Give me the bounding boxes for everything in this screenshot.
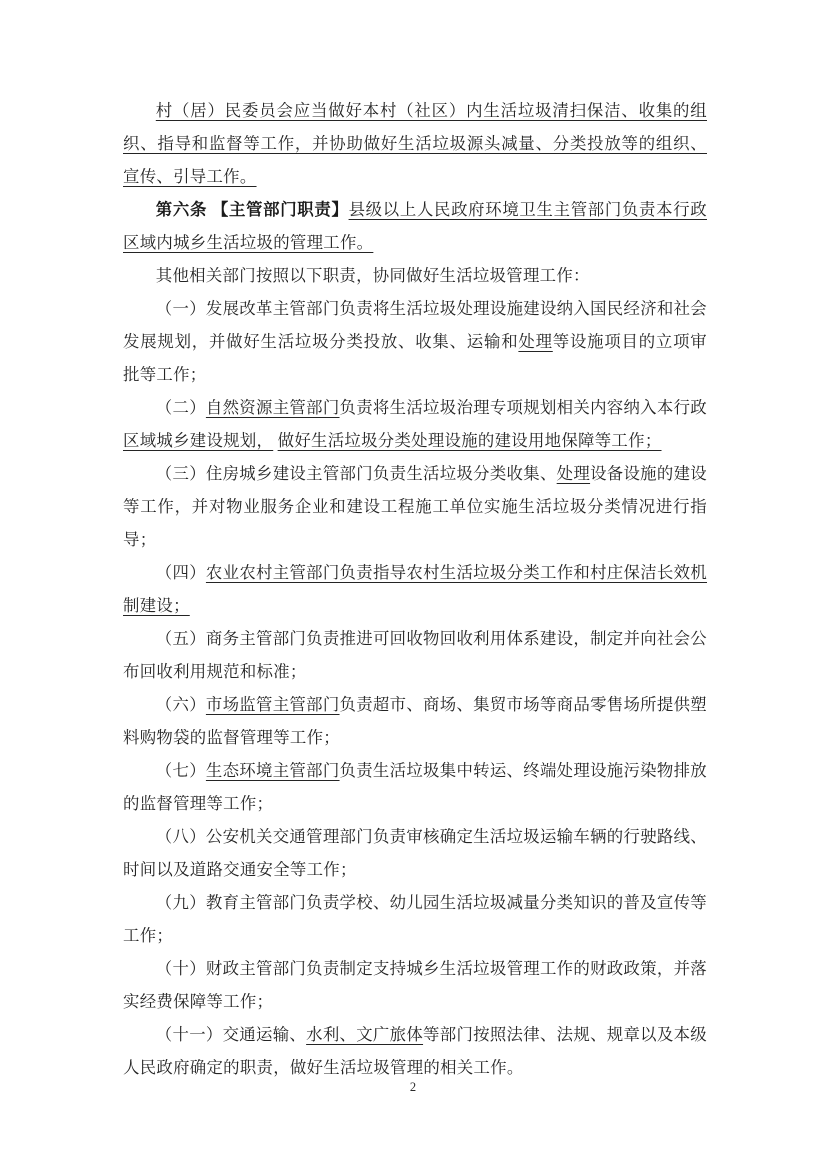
- text-run: （十一）交通运输、: [156, 1025, 306, 1044]
- text-run: （五）商务主管部门负责推进可回收物回收利用体系建设，制定并向社会公布回收利用规范…: [123, 629, 707, 681]
- paragraph: （九）教育主管部门负责学校、幼儿园生活垃圾减量分类知识的普及宣传等工作；: [123, 886, 707, 952]
- text-run: 水利、文广旅体: [306, 1025, 423, 1044]
- text-run: （九）教育主管部门负责学校、幼儿园生活垃圾减量分类知识的普及宣传等工作；: [123, 893, 707, 945]
- paragraph: （六）市场监管主管部门负责超市、商场、集贸市场等商品零售场所提供塑料购物袋的监督…: [123, 688, 707, 754]
- text-run: 农业农村主管部门负责指导农村生活垃圾分类工作和村庄保洁长效机制建设；: [123, 563, 707, 615]
- text-run: （八）公安机关交通管理部门负责审核确定生活垃圾运输车辆的行驶路线、时间以及道路交…: [123, 827, 707, 879]
- text-run: 其他相关部门按照以下职责，协同做好生活垃圾管理工作：: [156, 266, 590, 285]
- text-run: 做好生活垃圾分类处理设施的建设用地保障等工作；: [278, 431, 662, 450]
- text-run: 市场监管主管部门: [206, 695, 340, 714]
- text-run: 第六条 【主管部门职责】: [156, 200, 349, 219]
- paragraph: （五）商务主管部门负责推进可回收物回收利用体系建设，制定并向社会公布回收利用规范…: [123, 622, 707, 688]
- text-run: 自然资源主管部门: [206, 398, 340, 417]
- paragraph: （十）财政主管部门负责制定支持城乡生活垃圾管理工作的财政政策，并落实经费保障等工…: [123, 952, 707, 1018]
- document-body: 村（居）民委员会应当做好本村（社区）内生活垃圾清扫保洁、收集的组织、指导和监督等…: [123, 94, 707, 1084]
- paragraph: （四）农业农村主管部门负责指导农村生活垃圾分类工作和村庄保洁长效机制建设；: [123, 556, 707, 622]
- text-run: 生态环境主管部门: [206, 761, 340, 780]
- paragraph: 村（居）民委员会应当做好本村（社区）内生活垃圾清扫保洁、收集的组织、指导和监督等…: [123, 94, 707, 193]
- paragraph: （二）自然资源主管部门负责将生活垃圾治理专项规划相关内容纳入本行政区域城乡建设规…: [123, 391, 707, 457]
- paragraph: （八）公安机关交通管理部门负责审核确定生活垃圾运输车辆的行驶路线、时间以及道路交…: [123, 820, 707, 886]
- text-run: （二）: [156, 398, 206, 417]
- paragraph: （三）住房城乡建设主管部门负责生活垃圾分类收集、处理设备设施的建设等工作，并对物…: [123, 457, 707, 556]
- text-run: 处理: [518, 332, 552, 351]
- paragraph: （十一）交通运输、水利、文广旅体等部门按照法律、法规、规章以及本级人民政府确定的…: [123, 1018, 707, 1084]
- page-number: 2: [410, 1080, 416, 1094]
- text-run: （三）住房城乡建设主管部门负责生活垃圾分类收集、: [156, 464, 557, 483]
- text-run: （六）: [156, 695, 206, 714]
- paragraph: （七）生态环境主管部门负责生活垃圾集中转运、终端处理设施污染物排放的监督管理等工…: [123, 754, 707, 820]
- text-run: 处理: [557, 464, 590, 483]
- paragraph: 其他相关部门按照以下职责，协同做好生活垃圾管理工作：: [123, 259, 707, 292]
- document-page: 村（居）民委员会应当做好本村（社区）内生活垃圾清扫保洁、收集的组织、指导和监督等…: [0, 0, 826, 1169]
- text-run: （七）: [156, 761, 206, 780]
- paragraph: （一）发展改革主管部门负责将生活垃圾处理设施建设纳入国民经济和社会发展规划，并做…: [123, 292, 707, 391]
- text-run: 村（居）民委员会应当做好本村（社区）内生活垃圾清扫保洁、收集的组织、指导和监督等…: [123, 101, 707, 186]
- text-run: （四）: [156, 563, 206, 582]
- text-run: 区域城乡建设规划，: [123, 431, 273, 450]
- text-run: （十）财政主管部门负责制定支持城乡生活垃圾管理工作的财政政策，并落实经费保障等工…: [123, 959, 707, 1011]
- paragraph: 第六条 【主管部门职责】县级以上人民政府环境卫生主管部门负责本行政区域内城乡生活…: [123, 193, 707, 259]
- text-run: 负责将生活垃圾治理专项规划相关内容纳入本行政: [340, 398, 707, 417]
- page-number-footer: 2: [0, 1080, 826, 1095]
